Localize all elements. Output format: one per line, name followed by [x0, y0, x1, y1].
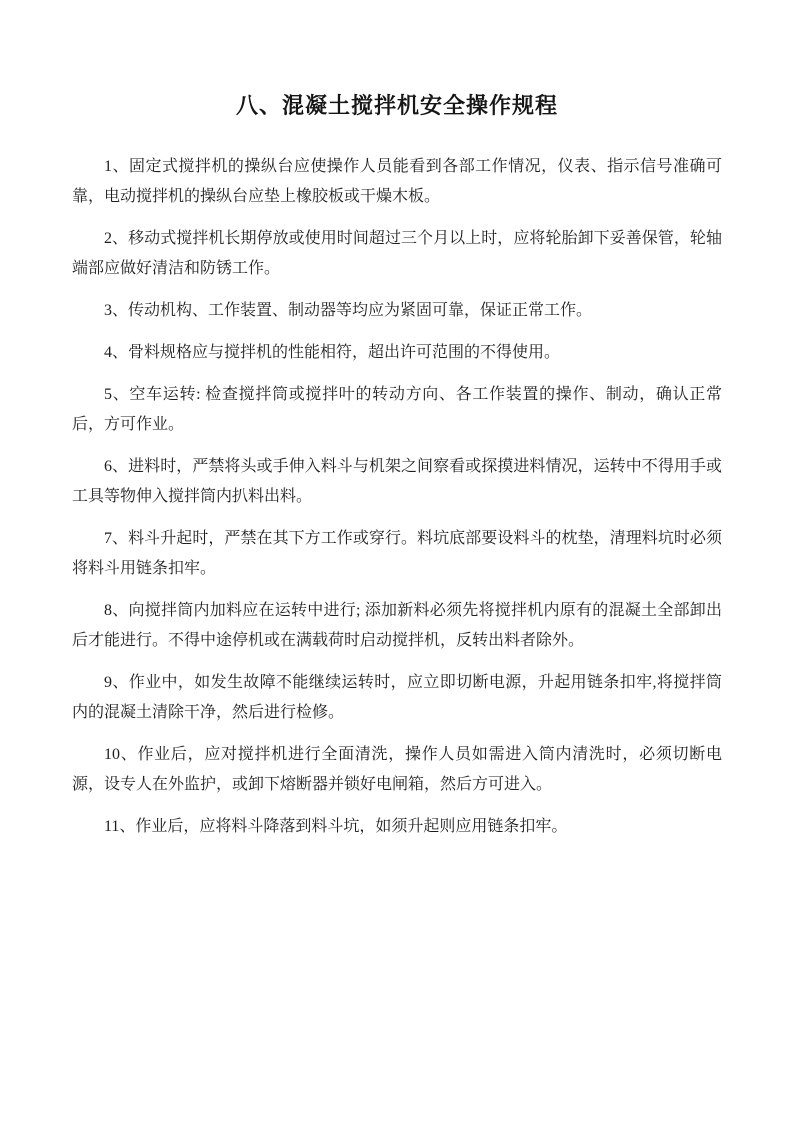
- paragraph: 5、空车运转: 检查搅拌筒或搅拌叶的转动方向、各工作装置的操作、制动，确认正常后…: [72, 380, 722, 440]
- paragraph: 11、作业后，应将料斗降落到料斗坑，如须升起则应用链条扣牢。: [72, 812, 722, 842]
- paragraph: 2、移动式搅拌机长期停放或使用时间超过三个月以上时，应将轮胎卸下妥善保管，轮轴端…: [72, 224, 722, 284]
- paragraph: 4、骨料规格应与搅拌机的性能相符，超出许可范围的不得使用。: [72, 338, 722, 368]
- paragraph: 3、传动机构、工作装置、制动器等均应为紧固可靠，保证正常工作。: [72, 296, 722, 326]
- paragraph: 10、作业后，应对搅拌机进行全面清洗，操作人员如需进入筒内清洗时，必须切断电源，…: [72, 740, 722, 800]
- document-body: 1、固定式搅拌机的操纵台应使操作人员能看到各部工作情况，仪表、指示信号准确可靠，…: [72, 152, 722, 842]
- paragraph: 1、固定式搅拌机的操纵台应使操作人员能看到各部工作情况，仪表、指示信号准确可靠，…: [72, 152, 722, 212]
- paragraph: 8、向搅拌筒内加料应在运转中进行; 添加新料必须先将搅拌机内原有的混凝土全部卸出…: [72, 596, 722, 656]
- paragraph: 7、料斗升起时，严禁在其下方工作或穿行。料坑底部要设料斗的枕垫，清理料坑时必须将…: [72, 524, 722, 584]
- paragraph: 9、作业中，如发生故障不能继续运转时，应立即切断电源，升起用链条扣牢,将搅拌筒内…: [72, 668, 722, 728]
- document-page: 八、混凝土搅拌机安全操作规程 1、固定式搅拌机的操纵台应使操作人员能看到各部工作…: [0, 0, 793, 1122]
- document-title: 八、混凝土搅拌机安全操作规程: [72, 93, 722, 119]
- paragraph: 6、进料时，严禁将头或手伸入料斗与机架之间察看或探摸进料情况，运转中不得用手或工…: [72, 452, 722, 512]
